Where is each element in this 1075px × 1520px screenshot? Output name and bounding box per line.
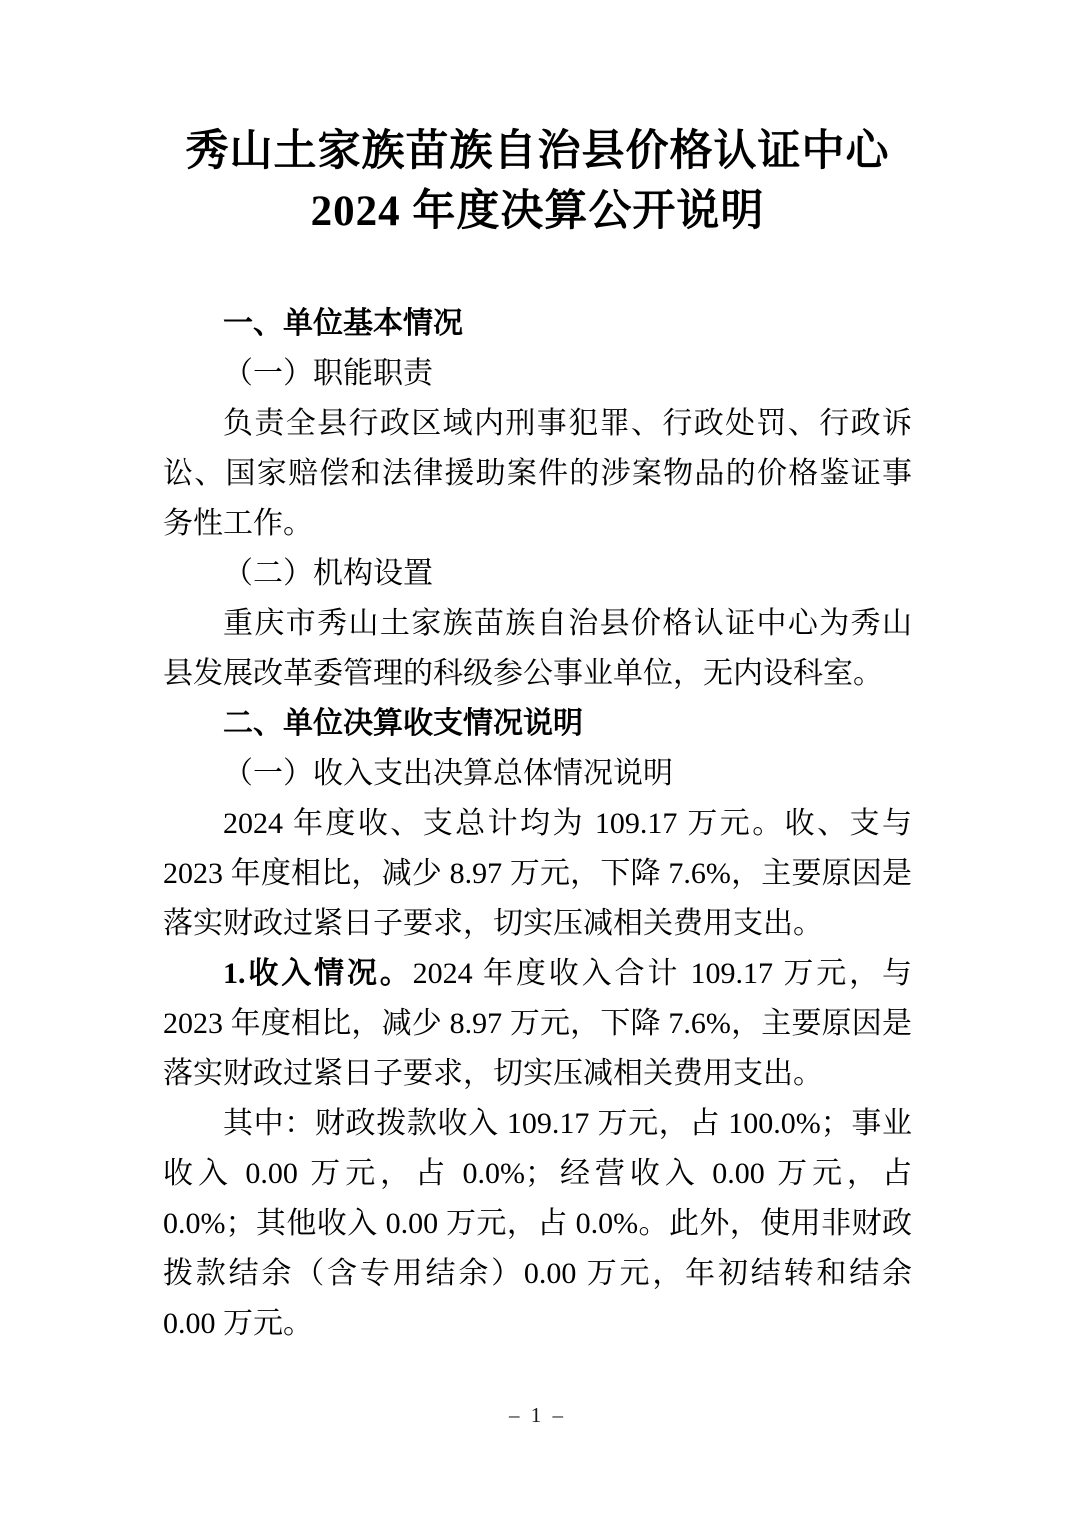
page-number: – 1 – bbox=[0, 1403, 1075, 1428]
document-page: 秀山土家族苗族自治县价格认证中心 2024 年度决算公开说明 一、单位基本情况 … bbox=[0, 0, 1075, 1520]
paragraph-income-situation-lead: 1.收入情况。 bbox=[223, 957, 413, 990]
paragraph-duties: 负责全县行政区域内刑事犯罪、行政处罚、行政诉讼、国家赔偿和法律援助案件的涉案物品… bbox=[163, 399, 912, 549]
subsection-heading-overall-income-expense: （一）收入支出决算总体情况说明 bbox=[163, 749, 912, 799]
document-title: 秀山土家族苗族自治县价格认证中心 2024 年度决算公开说明 bbox=[0, 0, 1075, 242]
paragraph-org-setup: 重庆市秀山土家族苗族自治县价格认证中心为秀山县发展改革委管理的科级参公事业单位，… bbox=[163, 599, 912, 699]
subsection-heading-duties: （一）职能职责 bbox=[163, 349, 912, 399]
paragraph-income-breakdown: 其中：财政拨款收入 109.17 万元，占 100.0%；事业收入 0.00 万… bbox=[163, 1099, 912, 1349]
section-heading-budget-statement: 二、单位决算收支情况说明 bbox=[163, 699, 912, 749]
title-line-2: 2024 年度决算公开说明 bbox=[120, 182, 955, 242]
paragraph-income-situation: 1.收入情况。2024 年度收入合计 109.17 万元，与 2023 年度相比… bbox=[163, 949, 912, 1099]
subsection-heading-org-setup: （二）机构设置 bbox=[163, 549, 912, 599]
document-body: 一、单位基本情况 （一）职能职责 负责全县行政区域内刑事犯罪、行政处罚、行政诉讼… bbox=[0, 299, 1075, 1349]
section-heading-unit-basic-info: 一、单位基本情况 bbox=[163, 299, 912, 349]
title-line-1: 秀山土家族苗族自治县价格认证中心 bbox=[120, 122, 955, 182]
paragraph-total-income-expense: 2024 年度收、支总计均为 109.17 万元。收、支与 2023 年度相比，… bbox=[163, 799, 912, 949]
